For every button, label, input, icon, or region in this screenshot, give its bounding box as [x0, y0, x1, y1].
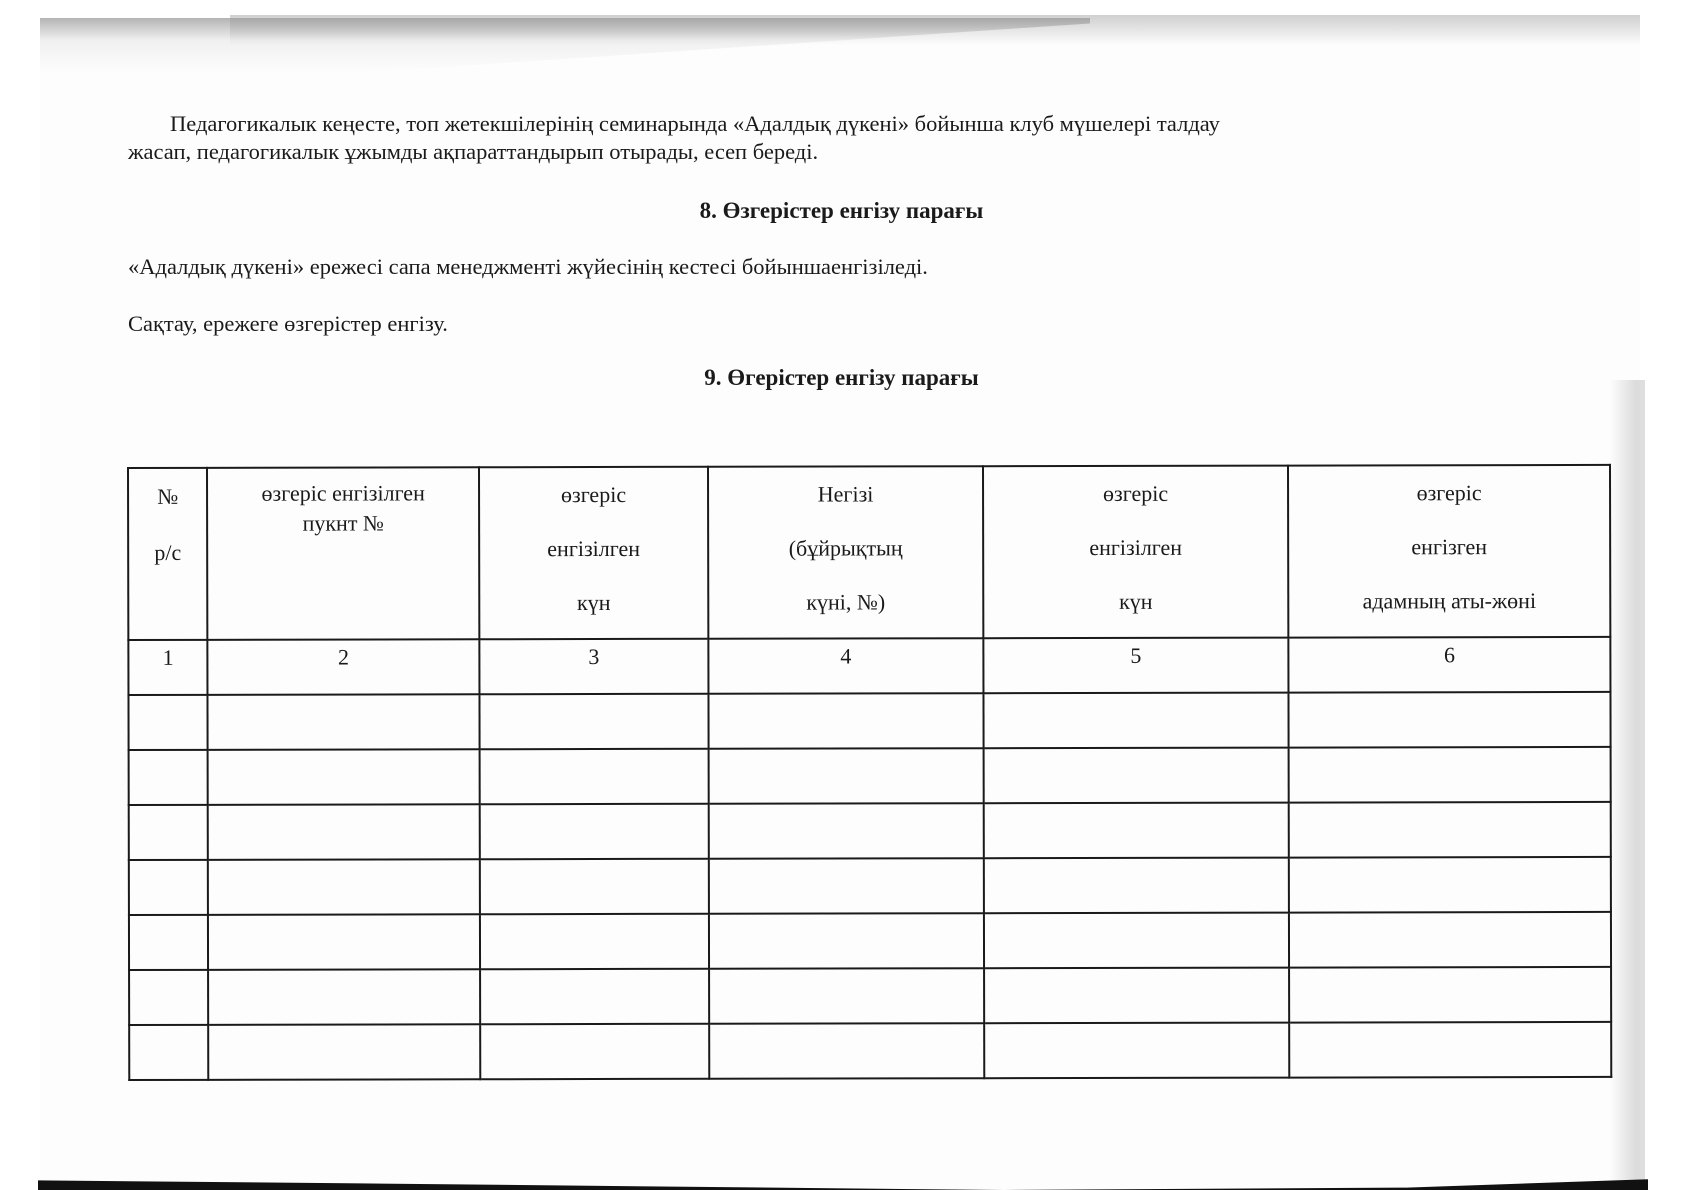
table-cell — [128, 695, 207, 750]
table-cell — [709, 858, 984, 914]
table-cell — [984, 968, 1289, 1024]
column-number-cell: 6 — [1288, 637, 1610, 693]
table-cell — [208, 804, 480, 860]
section-8-line-2: Сақтау, ережеге өзгерістер енгізу. — [128, 311, 448, 337]
column-number-cell: 2 — [208, 639, 480, 695]
intro-line-1: Педагогикалык кеңесте, топ жетекшілеріні… — [128, 110, 1528, 138]
table-cell — [709, 968, 984, 1024]
table-cell — [480, 1024, 709, 1079]
table-cell — [208, 969, 480, 1025]
table-cell — [208, 914, 480, 970]
table-cell — [984, 1023, 1289, 1079]
header-text-line: өзгеріс — [1289, 466, 1609, 521]
table-cell — [984, 913, 1289, 969]
header-cell-entry-date: өзгерісенгізілгенкүн — [983, 466, 1288, 639]
table-cell — [1289, 802, 1611, 858]
table-row — [129, 857, 1611, 915]
table-cell — [129, 860, 208, 915]
table-cell — [480, 859, 709, 914]
column-number-cell: 5 — [983, 638, 1288, 694]
header-text-line: пукнт № — [208, 508, 478, 539]
table-cell — [1289, 1022, 1611, 1078]
scan-shadow-right — [1610, 380, 1646, 1190]
table-cell — [479, 694, 708, 749]
table-cell — [480, 969, 709, 1024]
table-cell — [1289, 967, 1611, 1023]
table-cell — [1289, 747, 1611, 803]
column-number-cell: 4 — [708, 638, 983, 694]
table-row — [128, 692, 1610, 750]
scan-shadow-top-edge — [230, 15, 1640, 45]
header-text-line: өзгеріс енгізілген — [208, 478, 478, 509]
table-cell — [208, 749, 480, 805]
header-text-line: күн — [480, 576, 707, 630]
scan-margin-right — [1645, 0, 1683, 1190]
table-cell — [129, 750, 208, 805]
header-text-line: адамның аты-жөні — [1289, 574, 1609, 629]
header-text-line: Негізі — [709, 467, 982, 522]
header-text-line: енгізілген — [984, 521, 1287, 576]
table-cell — [1289, 912, 1611, 968]
column-number-row: 123456 — [128, 637, 1610, 695]
table-cell — [480, 749, 709, 804]
table-cell — [208, 694, 480, 750]
section-8-heading-text: 8. Өзгерістер енгізу парағы — [700, 198, 984, 223]
table-cell — [709, 748, 984, 804]
table-row — [129, 967, 1611, 1025]
section-8-line-1: «Адалдық дүкені» ережесі сапа менеджмент… — [128, 254, 928, 280]
table-cell — [709, 913, 984, 969]
table-cell — [208, 859, 480, 915]
header-text-line: (бұйрықтың — [709, 521, 982, 576]
table-cell — [984, 748, 1289, 804]
changes-table: №р/с өзгеріс енгізілгенпукнт № өзгерісен… — [127, 464, 1612, 1081]
table-cell — [129, 805, 208, 860]
table-cell — [129, 915, 208, 970]
table-cell — [129, 1025, 208, 1080]
header-text-line: енгізілген — [480, 522, 707, 576]
header-text-line: өзгеріс — [480, 468, 707, 522]
header-cell-row-number: №р/с — [128, 468, 208, 640]
table-row — [129, 912, 1611, 970]
header-cell-basis: Негізі(бұйрықтыңкүні, №) — [708, 466, 983, 639]
header-cell-clause-number: өзгеріс енгізілгенпукнт № — [207, 467, 479, 640]
table-cell — [983, 693, 1288, 749]
header-text-line: күні, №) — [709, 575, 982, 630]
table-cell — [709, 693, 984, 749]
table-header-row: №р/с өзгеріс енгізілгенпукнт № өзгерісен… — [128, 465, 1610, 640]
intro-line-2: жасап, педагогикалык ұжымды ақпараттанды… — [128, 138, 1528, 166]
header-text-line: енгізген — [1289, 520, 1609, 575]
table-cell — [709, 803, 984, 859]
header-text-line: күн — [984, 575, 1287, 630]
section-9-heading-text: 9. Өгерістер енгізу парағы — [704, 365, 978, 390]
header-cell-person-name: өзгерісенгізгенадамның аты-жөні — [1288, 465, 1610, 638]
header-text-line: өзгеріс — [984, 467, 1287, 522]
table-cell — [984, 858, 1289, 914]
table-cell — [1289, 857, 1611, 913]
section-8-heading: 8. Өзгерістер енгізу парағы — [0, 198, 1683, 224]
table-cell — [129, 970, 208, 1025]
table-cell — [984, 803, 1289, 859]
table-cell — [480, 804, 709, 859]
table-cell — [709, 1023, 984, 1079]
table-cell — [1289, 692, 1611, 748]
table-row — [129, 1022, 1611, 1080]
table-cell — [209, 1024, 481, 1080]
column-number-cell: 3 — [479, 639, 708, 694]
header-text-line: № — [129, 469, 206, 525]
intro-paragraph: Педагогикалык кеңесте, топ жетекшілеріні… — [128, 110, 1528, 166]
table-cell — [480, 914, 709, 969]
header-cell-change-date: өзгерісенгізілгенкүн — [479, 467, 708, 639]
section-9-heading: 9. Өгерістер енгізу парағы — [0, 365, 1683, 391]
header-text-line: р/с — [129, 525, 206, 581]
table-row — [129, 747, 1611, 805]
column-number-cell: 1 — [128, 640, 207, 695]
table-row — [129, 802, 1611, 860]
